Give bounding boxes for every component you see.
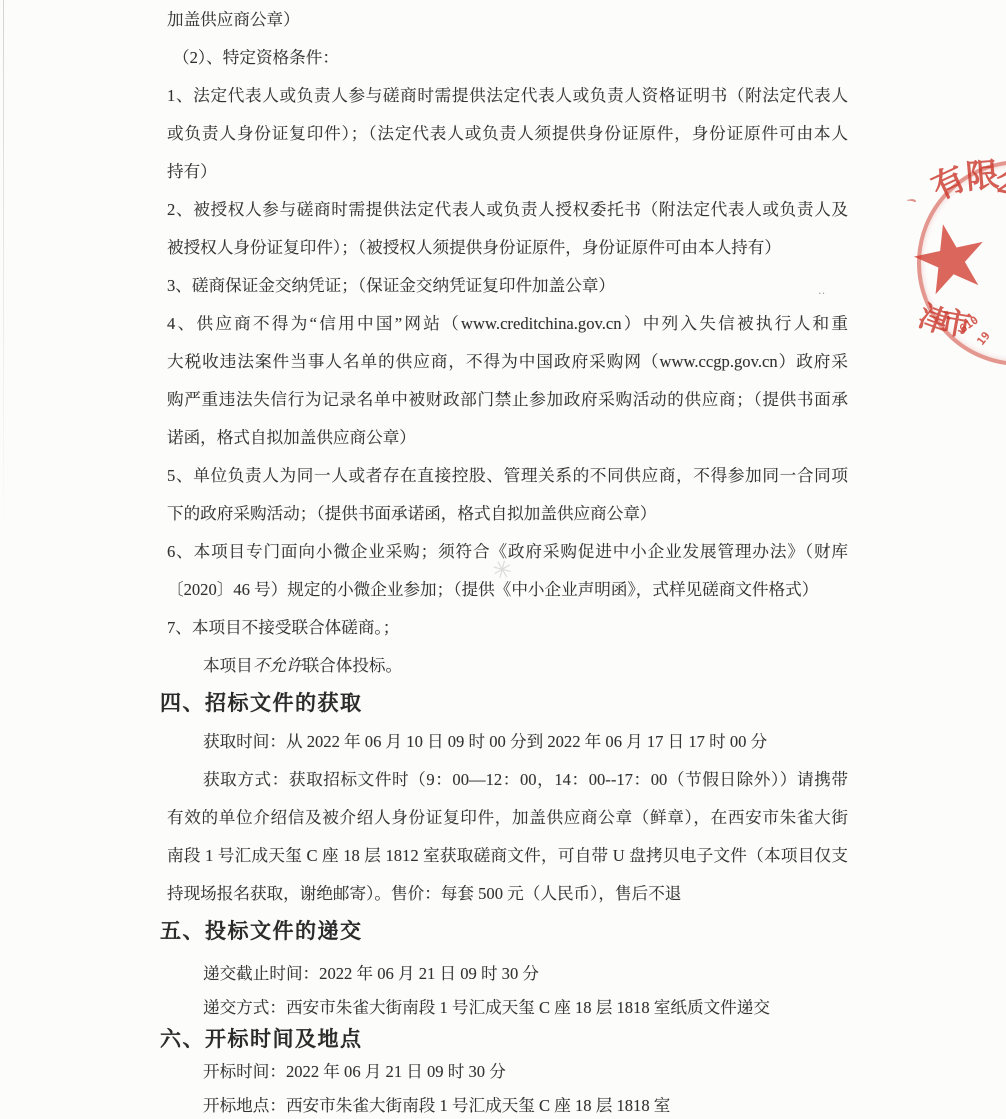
clause-2-line: 2、被授权人参与磋商时需提供法定代表人或负责人授权委托书（附法定代表人或负责人及 (167, 191, 848, 229)
obtain-method-line: 持现场报名获取，谢绝邮寄）。售价：每套 500 元（人民币），售后不退 (167, 875, 848, 913)
obtain-method-line: 南段 1 号汇成天玺 C 座 18 层 1812 室获取磋商文件，可自带 U 盘… (167, 837, 848, 875)
seal-ring (917, 160, 1006, 366)
seal-arc-char: 津 (914, 300, 953, 341)
seal-star-icon: ★ (900, 203, 1006, 312)
doc-line-continuation: 加盖供应商公章） (167, 1, 848, 39)
seal-arc-char: 市 (938, 306, 973, 344)
note-italic-emphasis: 不允许 (253, 656, 303, 675)
submission-method-line: 递交方式：西安市朱雀大街南段 1 号汇成天玺 C 座 18 层 1818 室纸质… (167, 991, 848, 1025)
obtain-method-line: 有效的单位介绍信及被介绍人身份证复印件，加盖供应商公章（鲜章），在西安市朱雀大街 (167, 799, 848, 837)
seal-arc-char: 有 (928, 163, 972, 207)
clause-1-line: 1、法定代表人或负责人参与磋商时需提供法定代表人或负责人资格证明书（附法定代表人 (167, 77, 848, 115)
clause-1-line: 或负责人身份证复印件）；（法定代表人或负责人须提供身份证原件，身份证原件可由本人 (167, 115, 848, 153)
seal-serial-digits: 610 (957, 313, 981, 335)
opening-time-line: 开标时间：2022 年 06 月 21 日 09 时 30 分 (167, 1055, 848, 1089)
clause-4-line: 购严重违法失信行为记录名单中被财政部门禁止参加政府采购活动的供应商；（提供书面承 (167, 381, 848, 419)
clause-2-line: 被授权人身份证复印件）；（被授权人须提供身份证原件，身份证原件可由本人持有） (167, 229, 848, 267)
obtain-method-line: 获取方式：获取招标文件时（9：00—12：00，14：00--17：00（节假日… (167, 761, 848, 799)
clause-7-line: 7、本项目不接受联合体磋商。； (167, 609, 848, 647)
note-prefix: 本项目 (203, 656, 253, 675)
seal-arc-char: 限 (965, 160, 1001, 196)
clause-5-line: 下的政府采购活动；（提供书面承诺函，格式自拟加盖供应商公章） (167, 495, 848, 533)
scanned-document-page: 加盖供应商公章） （2）、特定资格条件： 1、法定代表人或负责人参与磋商时需提供… (0, 0, 1006, 1119)
company-seal-stamp: ★ 丶 有 限 公 津 市 610 19 (903, 148, 1006, 388)
scan-edge-line (3, 0, 4, 540)
clause-special-qualification-title: （2）、特定资格条件： (167, 39, 848, 77)
note-suffix: 联合体投标。 (303, 656, 403, 675)
obtain-time-line: 获取时间：从 2022 年 06 月 10 日 09 时 00 分到 2022 … (167, 723, 848, 761)
clause-4-line: 4、供应商不得为“信用中国”网站（www.creditchina.gov.cn）… (167, 305, 848, 343)
seal-partial-mark: 丶 (896, 185, 929, 221)
seal-serial-digits: 19 (974, 329, 992, 347)
no-consortium-note: 本项目不允许联合体投标。 (167, 647, 848, 685)
scan-speck-artifact: ‥ (818, 284, 827, 297)
opening-location-line: 开标地点：西安市朱雀大街南段 1 号汇成天玺 C 座 18 层 1818 室 (167, 1089, 848, 1119)
heading-section-4-document-obtaining: 四、招标文件的获取 (160, 685, 848, 723)
heading-section-6-bid-opening: 六、开标时间及地点 (160, 1025, 848, 1055)
clause-4-line: 诺函，格式自拟加盖供应商公章） (167, 419, 848, 457)
seal-arc-char: 公 (990, 163, 1006, 205)
submission-deadline-line: 递交截止时间：2022 年 06 月 21 日 09 时 30 分 (167, 957, 848, 991)
heading-section-5-bid-submission: 五、投标文件的递交 (160, 913, 848, 951)
clause-3-line: 3、磋商保证金交纳凭证；（保证金交纳凭证复印件加盖公章） (167, 267, 848, 305)
clause-4-line: 大税收违法案件当事人名单的供应商，不得为中国政府采购网（www.ccgp.gov… (167, 343, 848, 381)
clause-1-line: 持有） (167, 153, 848, 191)
clause-5-line: 5、单位负责人为同一人或者存在直接控股、管理关系的不同供应商，不得参加同一合同项 (167, 457, 848, 495)
